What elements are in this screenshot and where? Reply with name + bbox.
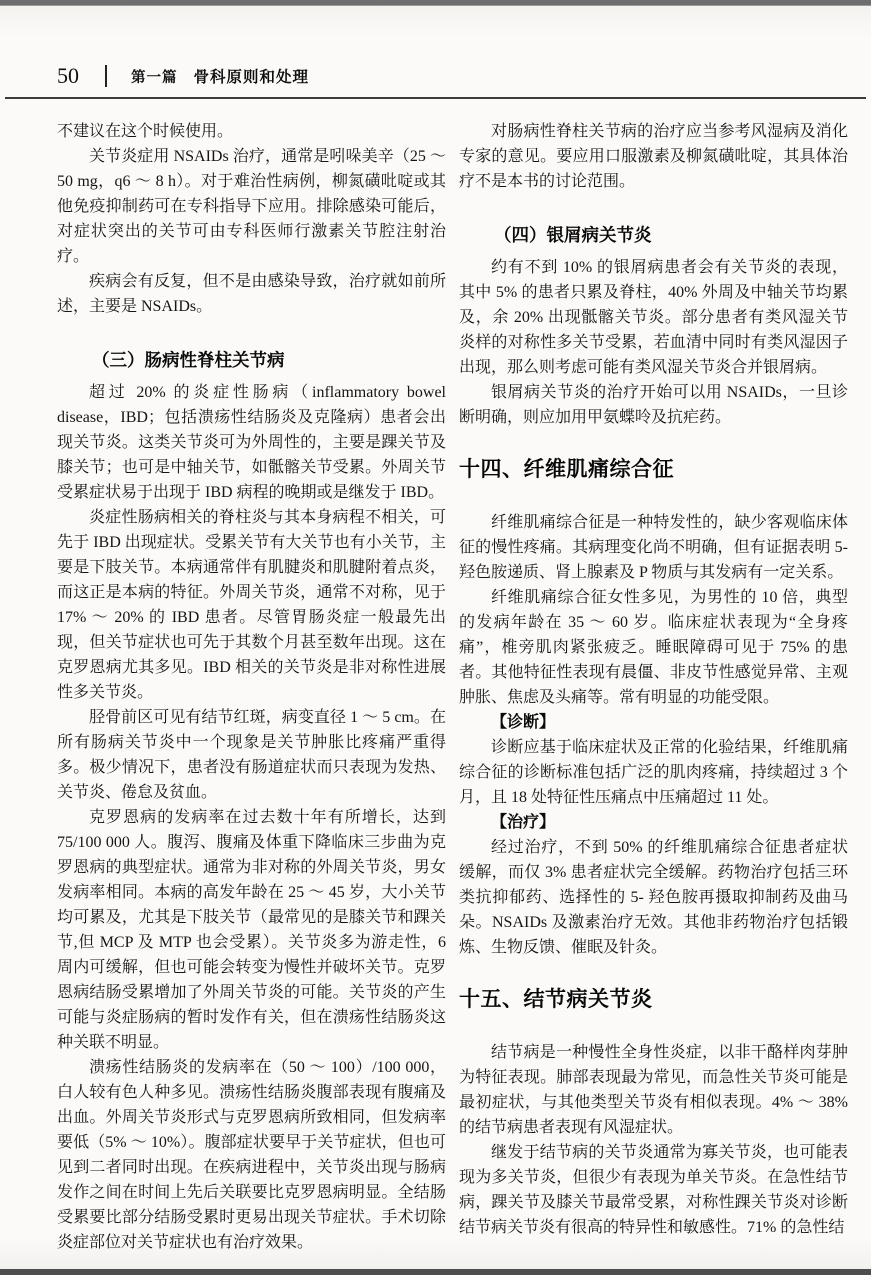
paragraph: 经过治疗，不到 50% 的纤维肌痛综合征患者症状缓解，而仅 3% 患者症状完全缓…	[459, 835, 848, 960]
sub-heading-enteropathic-spondyloarthropathy: （三）肠病性脊柱关节病	[57, 348, 446, 373]
paragraph: 胫骨前区可见有结节红斑，病变直径 1 ～ 5 cm。在所有肠病关节炎中一个现象是…	[57, 705, 446, 805]
header-rule	[5, 97, 866, 99]
paragraph: 不建议在这个时候使用。	[57, 119, 446, 144]
page-header: 50 第一篇 骨科原则和处理	[57, 64, 309, 88]
label-diagnosis: 【诊断】	[459, 710, 848, 735]
paragraph: 诊断应基于临床症状及正常的化验结果，纤维肌痛综合征的诊断标准包括广泛的肌肉疼痛，…	[459, 735, 848, 810]
paragraph: 疾病会有反复，但不是由感染导致，治疗就如前所述，主要是 NSAIDs。	[57, 269, 446, 319]
paragraph: 纤维肌痛综合征是一种特发性的，缺少客观临床体征的慢性疼痛。其病理变化尚不明确，但…	[459, 510, 848, 585]
section-heading-sarcoid-arthritis: 十五、结节病关节炎	[459, 986, 848, 1014]
paragraph: 关节炎症用 NSAIDs 治疗，通常是吲哚美辛（25 ～ 50 mg，q6 ～ …	[57, 144, 446, 269]
sub-heading-psoriatic-arthritis: （四）银屑病关节炎	[459, 223, 848, 248]
section-heading-fibromyalgia: 十四、纤维肌痛综合征	[459, 456, 848, 484]
label-treatment: 【治疗】	[459, 810, 848, 835]
paragraph: 克罗恩病的发病率在过去数十年有所增长，达到 75/100 000 人。腹泻、腹痛…	[57, 805, 446, 1055]
scan-edge-top	[0, 0, 871, 6]
book-page: 50 第一篇 骨科原则和处理 不建议在这个时候使用。 关节炎症用 NSAIDs …	[0, 0, 871, 1275]
part-label: 第一篇	[131, 66, 178, 87]
paragraph: 超过 20% 的炎症性肠病（inflammatory bowel disease…	[57, 380, 446, 505]
paragraph: 对肠病性脊柱关节病的治疗应当参考风湿病及消化专家的意见。要应用口服激素及柳氮磺吡…	[459, 119, 848, 194]
paragraph: 银屑病关节炎的治疗开始可以用 NSAIDs，一旦诊断明确，则应加用甲氨蝶呤及抗疟…	[459, 380, 848, 430]
paragraph: 炎症性肠病相关的脊柱炎与其本身病程不相关，可先于 IBD 出现症状。受累关节有大…	[57, 505, 446, 705]
paragraph: 结节病是一种慢性全身性炎症，以非干酪样肉芽肿为特征表现。肺部表现最为常见，而急性…	[459, 1040, 848, 1140]
paragraph: 溃疡性结肠炎的发病率在（50 ～ 100）/100 000，白人较有色人种多见。…	[57, 1055, 446, 1255]
paragraph: 继发于结节病的关节炎通常为寡关节炎，也可能表现为多关节炎，但很少有表现为单关节炎…	[459, 1140, 848, 1240]
page-number: 50	[57, 64, 79, 88]
right-column: 对肠病性脊柱关节病的治疗应当参考风湿病及消化专家的意见。要应用口服激素及柳氮磺吡…	[459, 119, 848, 1240]
paragraph: 约有不到 10% 的银屑病患者会有关节炎的表现，其中 5% 的患者只累及脊柱，4…	[459, 255, 848, 380]
left-column: 不建议在这个时候使用。 关节炎症用 NSAIDs 治疗，通常是吲哚美辛（25 ～…	[57, 119, 446, 1255]
paragraph: 纤维肌痛综合征女性多见，为男性的 10 倍，典型的发病年龄在 35 ～ 60 岁…	[459, 585, 848, 710]
book-title: 骨科原则和处理	[194, 65, 310, 87]
scan-edge-bottom	[0, 1269, 871, 1275]
header-divider	[105, 65, 107, 87]
